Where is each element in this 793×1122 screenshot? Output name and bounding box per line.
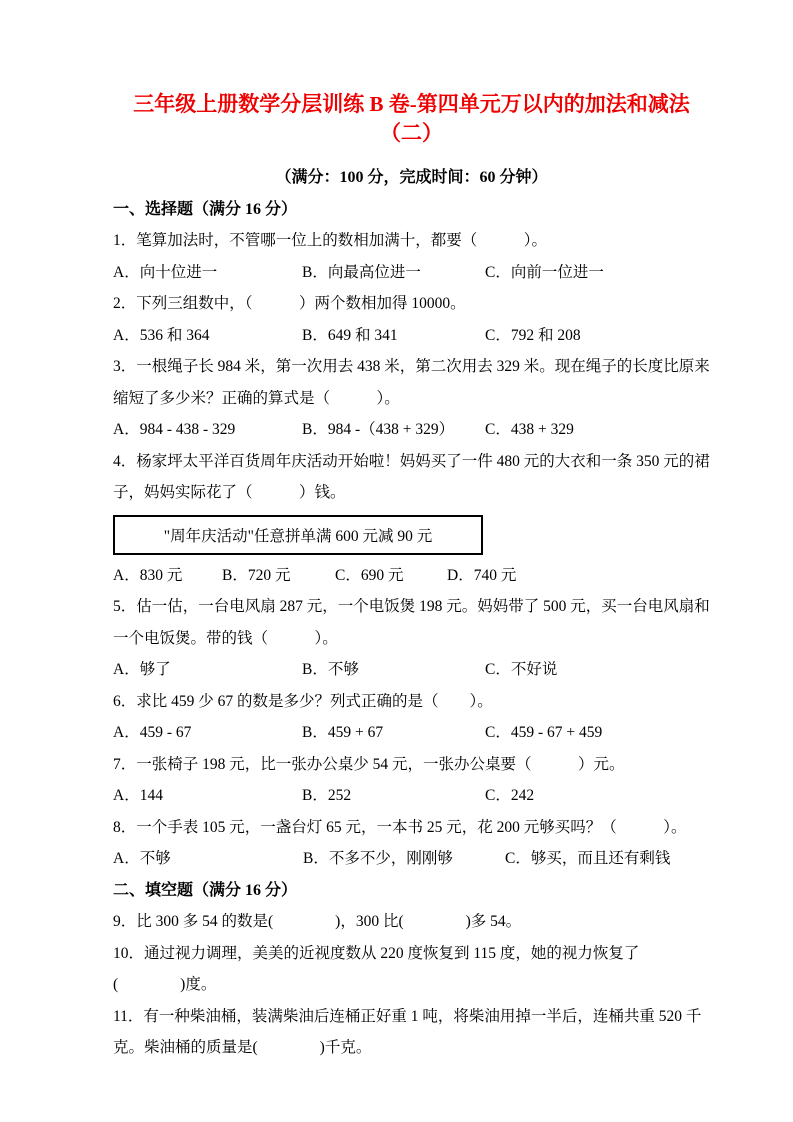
section-heading: 二、填空题（满分 16 分） <box>113 875 710 907</box>
option: A．984 - 438 - 329 <box>113 414 235 446</box>
page-title: 三年级上册数学分层训练 B 卷-第四单元万以内的加法和减法（二） <box>113 90 710 148</box>
section-heading: 一、选择题（满分 16 分） <box>113 194 710 226</box>
option: C．够买，而且还有剩钱 <box>505 843 670 875</box>
option: D．740 元 <box>447 560 516 592</box>
options-row: A．向十位进一B．向最高位进一C．向前一位进一 <box>113 257 710 289</box>
option: B．252 <box>302 780 351 812</box>
option: B．649 和 341 <box>302 320 398 352</box>
option: C．242 <box>485 780 534 812</box>
option: B．不多不少，刚刚够 <box>303 843 453 875</box>
options-row: A．够了B．不够C．不好说 <box>113 654 710 686</box>
option: A．不够 <box>113 843 171 875</box>
question-text: 1．笔算加法时，不管哪一位上的数相加满十，都要（ ）。 <box>113 225 710 257</box>
options-row: A．984 - 438 - 329B．984 -（438 + 329）C．438… <box>113 414 710 446</box>
option: B．不够 <box>302 654 359 686</box>
option: B．720 元 <box>222 560 290 592</box>
option: B．984 -（438 + 329） <box>302 414 454 446</box>
question-text: 2．下列三组数中，（ ）两个数相加得 10000。 <box>113 288 710 320</box>
option: A．够了 <box>113 654 171 686</box>
options-row: A．144B．252C．242 <box>113 780 710 812</box>
option: C．690 元 <box>335 560 403 592</box>
question-text: 4．杨家坪太平洋百货周年庆活动开始啦！妈妈买了一件 480 元的大衣和一条 35… <box>113 446 710 509</box>
page-subtitle: （满分：100 分，完成时间：60 分钟） <box>113 162 710 194</box>
option: A．144 <box>113 780 163 812</box>
worksheet-page: 三年级上册数学分层训练 B 卷-第四单元万以内的加法和减法（二） （满分：100… <box>0 0 793 1122</box>
question-text: 11．有一种柴油桶，装满柴油后连桶正好重 1 吨，将柴油用掉一半后，连桶共重 5… <box>113 1001 710 1064</box>
option: C．438 + 329 <box>485 414 574 446</box>
options-row: A．459 - 67B．459 + 67C．459 - 67 + 459 <box>113 717 710 749</box>
option: C．792 和 208 <box>485 320 581 352</box>
question-text: 5．估一估，一台电风扇 287 元，一个电饭煲 198 元。妈妈带了 500 元… <box>113 591 710 654</box>
document-body: 一、选择题（满分 16 分）1．笔算加法时，不管哪一位上的数相加满十，都要（ ）… <box>113 194 710 1064</box>
options-row: A．830 元B．720 元C．690 元D．740 元 <box>113 560 710 592</box>
option: C．不好说 <box>485 654 557 686</box>
promo-box: "周年庆活动"任意拼单满 600 元减 90 元 <box>113 515 483 555</box>
option: A．830 元 <box>113 560 182 592</box>
options-row: A．536 和 364B．649 和 341C．792 和 208 <box>113 320 710 352</box>
question-text: 8．一个手表 105 元，一盏台灯 65 元，一本书 25 元，花 200 元够… <box>113 812 710 844</box>
question-text: 3．一根绳子长 984 米，第一次用去 438 米，第二次用去 329 米。现在… <box>113 351 710 414</box>
question-text: 6．求比 459 少 67 的数是多少？列式正确的是（ ）。 <box>113 686 710 718</box>
option: C．459 - 67 + 459 <box>485 717 602 749</box>
option: C．向前一位进一 <box>485 257 604 289</box>
question-text: 7．一张椅子 198 元，比一张办公桌少 54 元，一张办公桌要（ ）元。 <box>113 749 710 781</box>
options-row: A．不够B．不多不少，刚刚够C．够买，而且还有剩钱 <box>113 843 710 875</box>
option: B．459 + 67 <box>302 717 383 749</box>
option: A．459 - 67 <box>113 717 191 749</box>
option: A．向十位进一 <box>113 257 217 289</box>
option: A．536 和 364 <box>113 320 209 352</box>
option: B．向最高位进一 <box>302 257 421 289</box>
question-text: 10．通过视力调理，美美的近视度数从 220 度恢复到 115 度，她的视力恢复… <box>113 938 710 1001</box>
question-text: 9．比 300 多 54 的数是( )，300 比( )多 54。 <box>113 906 710 938</box>
